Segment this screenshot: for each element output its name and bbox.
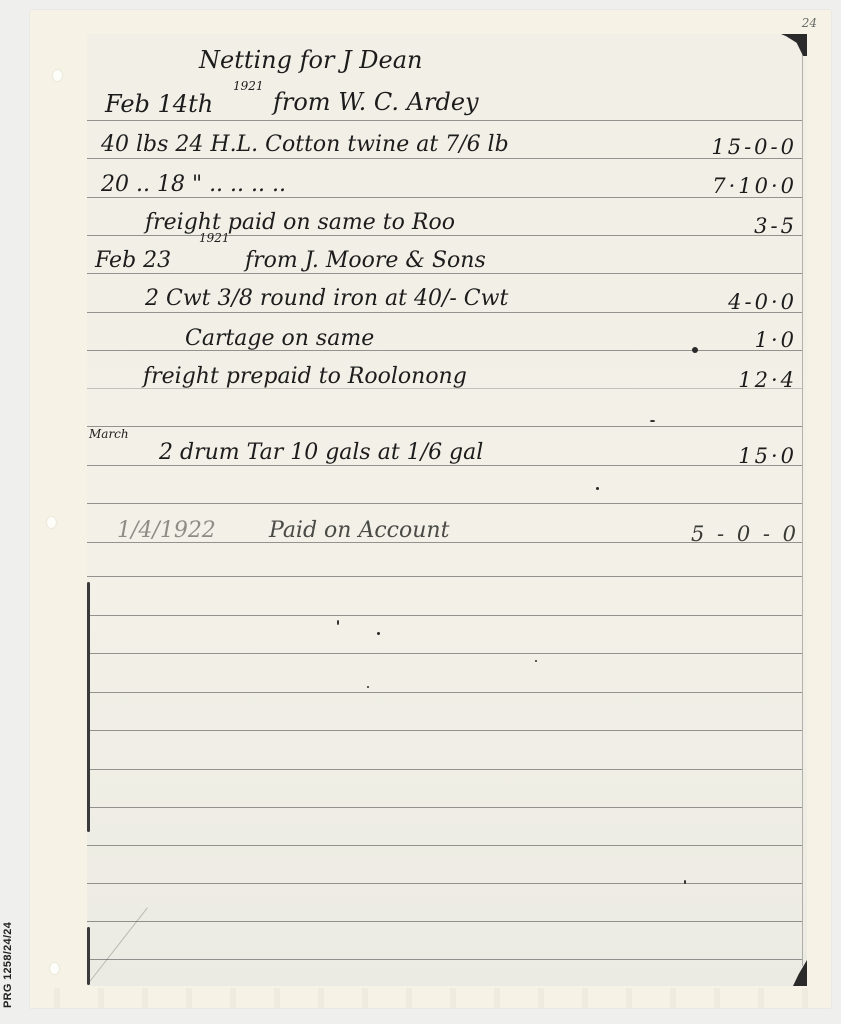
ink-speck (377, 632, 380, 635)
entry-description: freight paid on same to Roo (145, 212, 455, 234)
copy-shadow-corner (781, 34, 807, 56)
payment-date: 1/4/1922 (117, 520, 216, 542)
ruled-line (87, 273, 802, 274)
section-year: 1921 (199, 232, 230, 244)
ruled-line (87, 692, 802, 693)
section-year: 1921 (233, 80, 264, 92)
entry-amount: 12·4 (738, 368, 797, 392)
ink-speck (535, 660, 537, 662)
ruled-line (87, 158, 802, 159)
ledger-page: 24 (30, 10, 831, 1008)
punch-hole (53, 70, 62, 81)
ruled-line (87, 197, 802, 198)
punch-hole (50, 963, 59, 974)
entry-description: 2 Cwt 3/8 round iron at 40/- Cwt (145, 288, 508, 310)
payment-amount: 5 - 0 - 0 (691, 522, 799, 546)
document-viewer: PRG 1258/24/24 24 (0, 0, 841, 1024)
ruled-line (87, 615, 802, 616)
ruled-line (87, 235, 802, 236)
entry-amount: 15-0-0 (711, 135, 797, 159)
ink-speck (596, 487, 599, 490)
ruled-line (87, 465, 802, 466)
ruled-line (87, 426, 802, 427)
punch-hole (47, 517, 56, 528)
entry-amount: 1·0 (755, 328, 797, 352)
entry-amount: 15·0 (738, 444, 797, 468)
entry-amount: 7·10·0 (712, 174, 797, 198)
entry-description: 2 drum Tar 10 gals at 1/6 gal (159, 442, 483, 464)
ruled-line (87, 959, 802, 960)
section-supplier: from W. C. Ardey (273, 90, 479, 114)
ruled-line (87, 503, 802, 504)
page-edge (802, 54, 803, 966)
entry-description: Cartage on same (185, 328, 374, 350)
entry-description: 40 lbs 24 H.L. Cotton twine at 7/6 lb (101, 134, 509, 156)
payment-description: Paid on Account (269, 520, 449, 542)
ink-speck (367, 686, 369, 688)
ruled-line (87, 576, 802, 577)
entry-description: freight prepaid to Roolonong (143, 366, 467, 388)
ruled-line (87, 120, 802, 121)
ink-speck (692, 347, 698, 353)
ink-speck (337, 620, 339, 625)
margin-rule (87, 582, 90, 832)
ruled-line (87, 921, 802, 922)
ink-speck (650, 420, 655, 422)
entry-description: 20 .. 18 " .. .. .. .. (101, 174, 286, 196)
margin-rule (87, 927, 90, 985)
section-date: Feb 23 (95, 250, 171, 272)
pencil-stroke (89, 907, 148, 982)
section-date: Feb 14th (105, 92, 213, 116)
copy-shadow-corner (793, 960, 807, 986)
section-date: March (89, 428, 129, 440)
entry-amount: 4-0·0 (728, 290, 797, 314)
ruled-line (87, 653, 802, 654)
page-number: 24 (802, 16, 817, 30)
ruled-line (87, 845, 802, 846)
archive-reference: PRG 1258/24/24 (2, 918, 16, 1008)
photocopy-sheet: Netting for J Dean 1921 Feb 14th from W.… (87, 34, 807, 986)
ruled-line (87, 312, 802, 313)
ledger-title: Netting for J Dean (199, 48, 423, 72)
ruled-line (87, 769, 802, 770)
ink-speck (684, 880, 686, 884)
entry-amount: 3-5 (754, 214, 797, 238)
ruled-line (87, 807, 802, 808)
ruled-line (87, 883, 802, 884)
section-supplier: from J. Moore & Sons (245, 250, 486, 272)
page-edge-wave (30, 988, 831, 1008)
ruled-line (87, 730, 802, 731)
